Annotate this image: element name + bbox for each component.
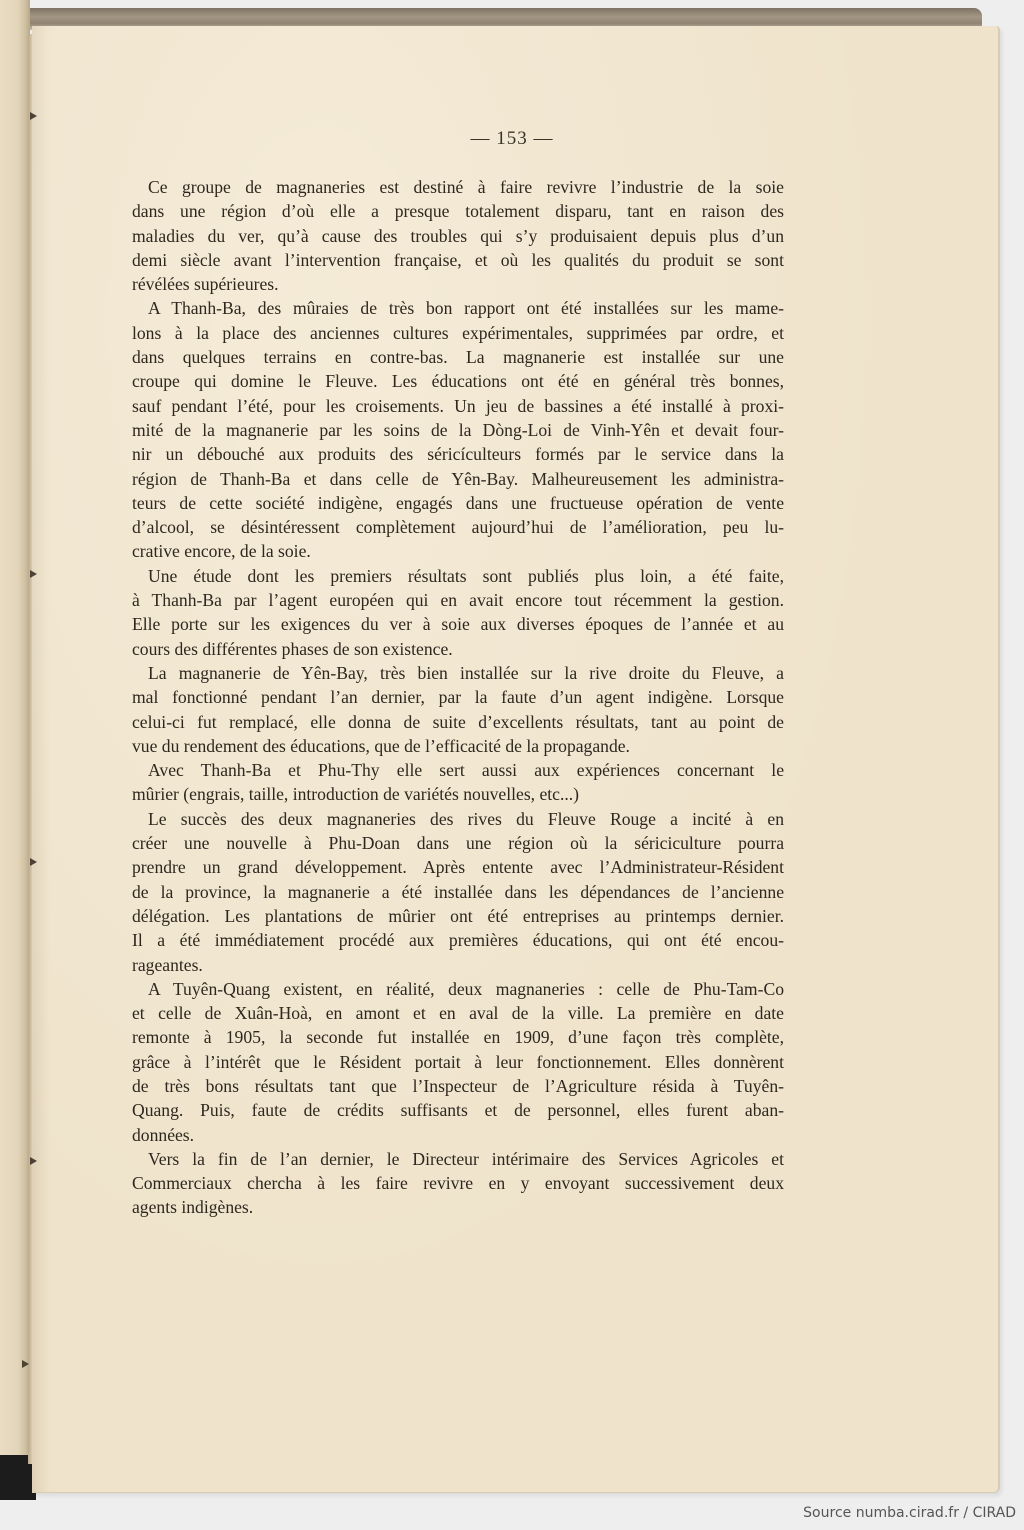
- text-line: Ce groupe de magnaneries est destiné à f…: [132, 175, 784, 199]
- margin-notch-mark: [30, 1157, 37, 1165]
- paragraph: Avec Thanh-Ba et Phu-Thy elle sert aussi…: [132, 758, 784, 807]
- text-line: grâce à l’intérêt que le Résident portai…: [132, 1050, 784, 1074]
- margin-notch-mark: [22, 1360, 29, 1368]
- text-line: rageantes.: [132, 953, 784, 977]
- text-line: délégation. Les plantations de mûrier on…: [132, 904, 784, 928]
- text-line: Il a été immédiatement procédé aux premi…: [132, 928, 784, 952]
- text-line: Le succès des deux magnaneries des rives…: [132, 807, 784, 831]
- text-line: Vers la fin de l’an dernier, le Directeu…: [132, 1147, 784, 1171]
- paragraph: Une étude dont les premiers résultats so…: [132, 564, 784, 661]
- text-line: A Thanh-Ba, des mûraies de très bon rapp…: [132, 296, 784, 320]
- text-line: nir un débouché aux produits des séricíc…: [132, 442, 784, 466]
- text-line: créer une nouvelle à Phu-Doan dans une r…: [132, 831, 784, 855]
- text-line: dans une région d’où elle a presque tota…: [132, 199, 784, 223]
- book-spine: [0, 0, 30, 1500]
- text-line: mal fonctionné pendant l’an dernier, par…: [132, 685, 784, 709]
- text-line: dans quelques terrains en contre-bas. La…: [132, 345, 784, 369]
- text-line: sauf pendant l’été, pour les croisements…: [132, 394, 784, 418]
- text-line: de très bons résultats tant que l’Inspec…: [132, 1074, 784, 1098]
- text-line: et celle de Xuân-Hoà, en amont et en ava…: [132, 1001, 784, 1025]
- paragraph: A Tuyên-Quang existent, en réalité, deux…: [132, 977, 784, 1147]
- text-line: prendre un grand développement. Après en…: [132, 855, 784, 879]
- text-line: demi siècle avant l’intervention françai…: [132, 248, 784, 272]
- text-line: mité de la magnanerie par les soins de l…: [132, 418, 784, 442]
- text-line: celui-ci fut remplacé, elle donna de sui…: [132, 710, 784, 734]
- text-line: A Tuyên-Quang existent, en réalité, deux…: [132, 977, 784, 1001]
- text-line: cours des différentes phases de son exis…: [132, 637, 784, 661]
- text-line: mûrier (engrais, taille, introduction de…: [132, 782, 784, 806]
- text-line: données.: [132, 1123, 784, 1147]
- body-text: Ce groupe de magnaneries est destiné à f…: [132, 175, 784, 1220]
- text-line: Avec Thanh-Ba et Phu-Thy elle sert aussi…: [132, 758, 784, 782]
- text-line: vue du rendement des éducations, que de …: [132, 734, 784, 758]
- margin-notch-mark: [30, 112, 37, 120]
- text-line: teurs de cette société indigène, engagés…: [132, 491, 784, 515]
- paragraph: La magnanerie de Yên-Bay, très bien inst…: [132, 661, 784, 758]
- text-line: Commerciaux chercha à les faire revivre …: [132, 1171, 784, 1195]
- paragraph: A Thanh-Ba, des mûraies de très bon rapp…: [132, 296, 784, 563]
- text-line: remonte à 1905, la seconde fut installée…: [132, 1025, 784, 1049]
- text-line: à Thanh-Ba par l’agent européen qui en a…: [132, 588, 784, 612]
- paragraph: Ce groupe de magnaneries est destiné à f…: [132, 175, 784, 296]
- text-line: La magnanerie de Yên-Bay, très bien inst…: [132, 661, 784, 685]
- paragraph: Vers la fin de l’an dernier, le Directeu…: [132, 1147, 784, 1220]
- paragraph: Le succès des deux magnaneries des rives…: [132, 807, 784, 977]
- text-line: d’alcool, se désintéressent complètement…: [132, 515, 784, 539]
- text-line: croupe qui domine le Fleuve. Les éducati…: [132, 369, 784, 393]
- text-line: région de Thanh-Ba et dans celle de Yên-…: [132, 467, 784, 491]
- text-line: Quang. Puis, faute de crédits suffisants…: [132, 1098, 784, 1122]
- gutter-shadow: [28, 34, 32, 1464]
- margin-notch-mark: [30, 570, 37, 578]
- text-line: Elle porte sur les exigences du ver à so…: [132, 612, 784, 636]
- text-line: Une étude dont les premiers résultats so…: [132, 564, 784, 588]
- text-line: lons à la place des anciennes cultures e…: [132, 321, 784, 345]
- text-line: agents indigènes.: [132, 1195, 784, 1219]
- text-line: révélées supérieures.: [132, 272, 784, 296]
- source-credit: Source numba.cirad.fr / CIRAD: [803, 1505, 1016, 1521]
- text-line: crative encore, de la soie.: [132, 539, 784, 563]
- text-line: maladies du ver, qu’à cause des troubles…: [132, 224, 784, 248]
- text-line: de la province, la magnanerie a été inst…: [132, 880, 784, 904]
- margin-notch-mark: [30, 858, 37, 866]
- page-number: — 153 —: [0, 128, 1024, 150]
